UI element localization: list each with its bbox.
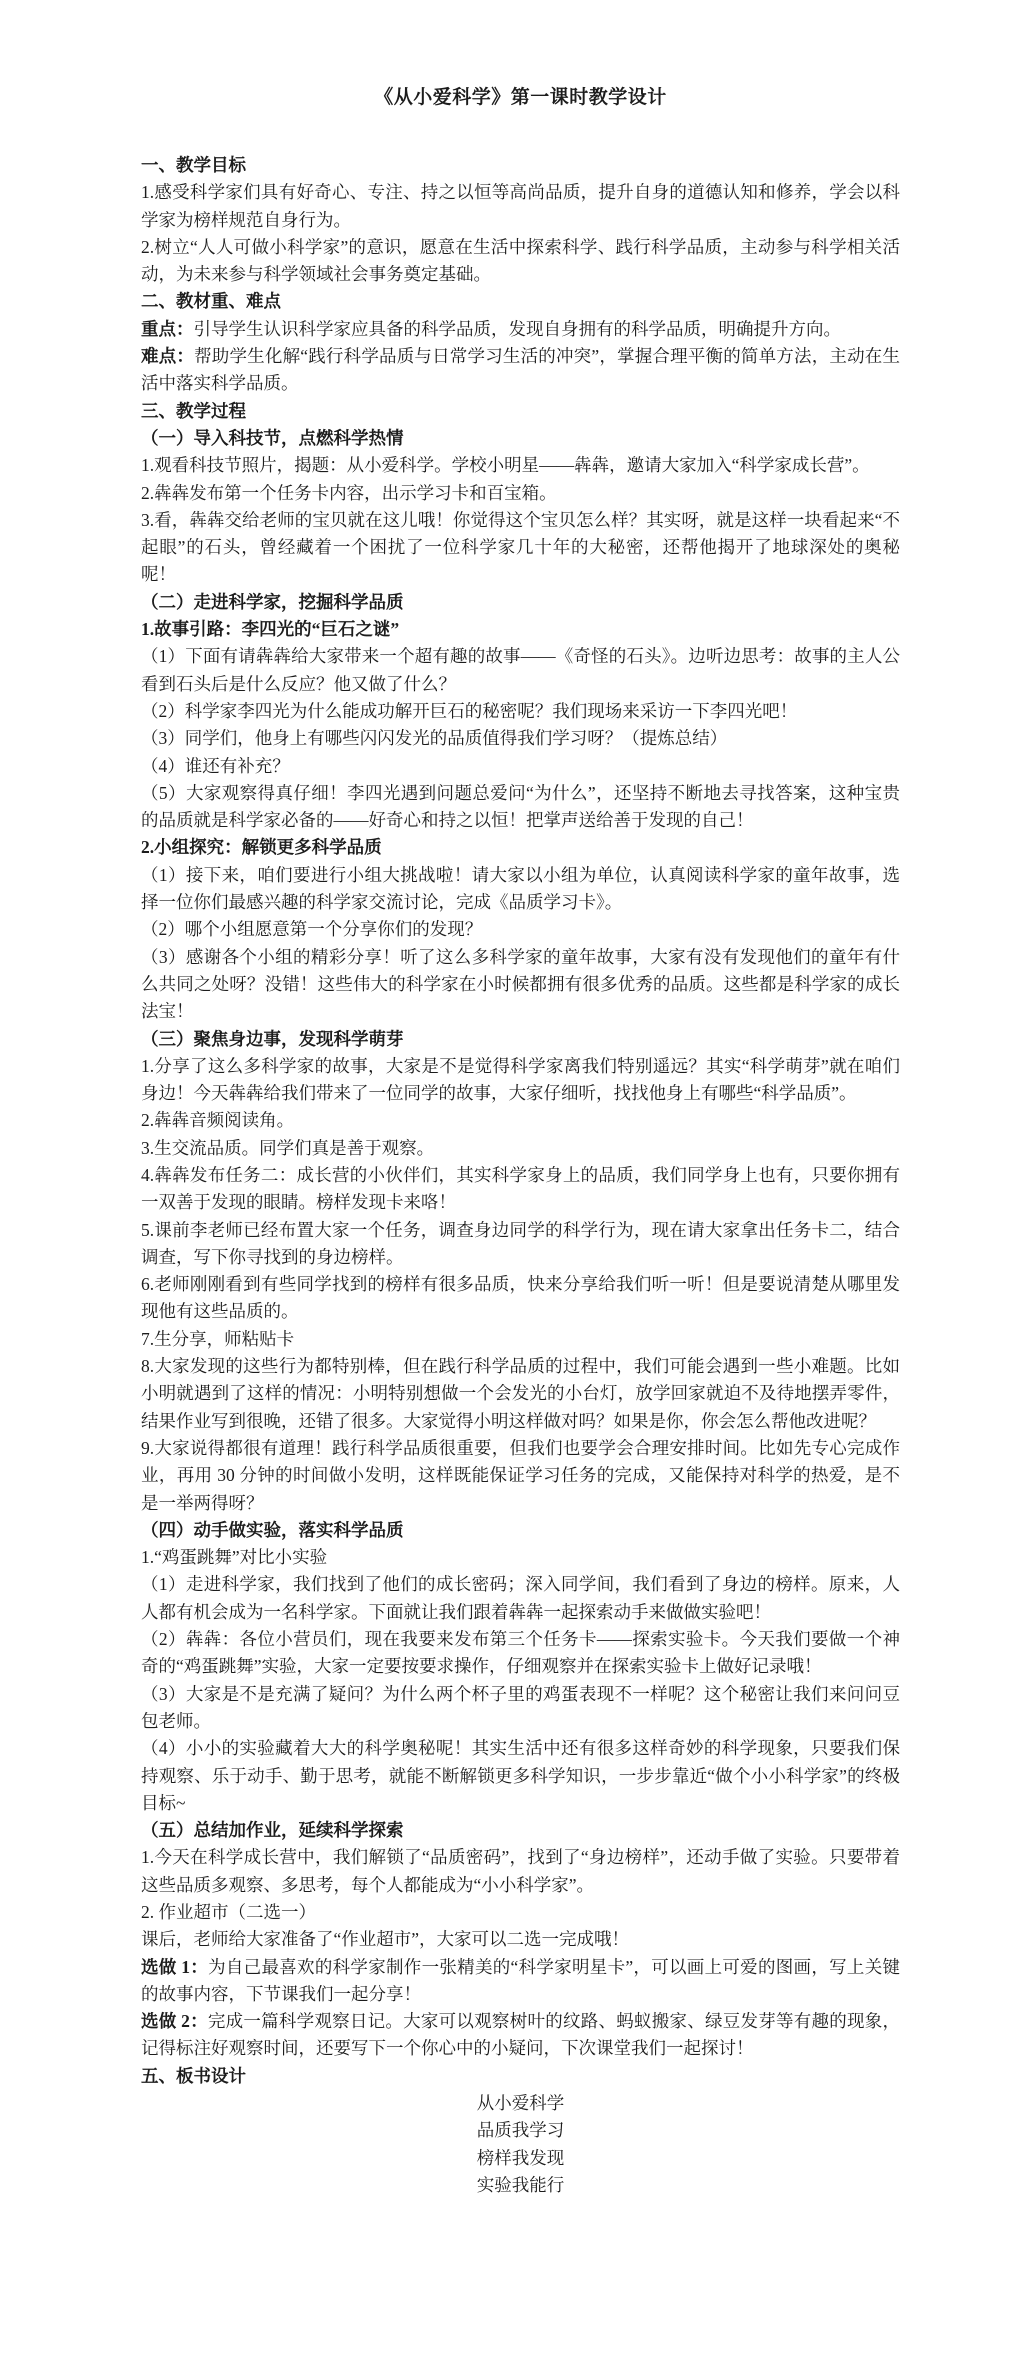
paragraph: 2.犇犇音频阅读角。 [141,1107,900,1134]
board-line: 实验我能行 [141,2172,900,2199]
paragraph: （3）感谢各个小组的精彩分享！听了这么多科学家的童年故事，大家有没有发现他们的童… [141,944,900,1026]
paragraph: （3）同学们，他身上有哪些闪闪发光的品质值得我们学习呀？（提炼总结） [141,725,900,752]
paragraph: 4.犇犇发布任务二：成长营的小伙伴们，其实科学家身上的品质，我们同学身上也有，只… [141,1162,900,1217]
paragraph: 8.大家发现的这些行为都特别棒，但在践行科学品质的过程中，我们可能会遇到一些小难… [141,1353,900,1435]
paragraph: 3.生交流品质。同学们真是善于观察。 [141,1135,900,1162]
paragraph: 3.看，犇犇交给老师的宝贝就在这儿哦！你觉得这个宝贝怎么样？其实呀，就是这样一块… [141,507,900,589]
section-heading: （五）总结加作业，延续科学探索 [141,1817,900,1844]
paragraph: 2.犇犇发布第一个任务卡内容，出示学习卡和百宝箱。 [141,480,900,507]
paragraph: 5.课前李老师已经布置大家一个任务，调查身边同学的科学行为，现在请大家拿出任务卡… [141,1217,900,1272]
paragraph-label: 难点： [141,346,194,366]
labeled-paragraph: 难点：帮助学生化解“践行科学品质与日常学习生活的冲突”，掌握合理平衡的简单方法，… [141,343,900,398]
paragraph: （2）哪个小组愿意第一个分享你们的发现？ [141,916,900,943]
section-heading: 2.小组探究：解锁更多科学品质 [141,834,900,861]
document-content: 《从小爱科学》第一课时教学设计 一、教学目标1.感受科学家们具有好奇心、专注、持… [0,0,1024,2199]
section-heading: （一）导入科技节，点燃科学热情 [141,425,900,452]
paragraph: 6.老师刚刚看到有些同学找到的榜样有很多品质，快来分享给我们听一听！但是要说清楚… [141,1271,900,1326]
paragraph: 1.今天在科学成长营中，我们解锁了“品质密码”，找到了“身边榜样”，还动手做了实… [141,1844,900,1899]
paragraph: （2）犇犇：各位小营员们，现在我要来发布第三个任务卡——探索实验卡。今天我们要做… [141,1626,900,1681]
paragraph-label: 重点： [141,319,194,339]
paragraph-label: 选做 2： [141,2011,208,2031]
paragraph: 1.分享了这么多科学家的故事，大家是不是觉得科学家离我们特别遥远？其实“科学萌芽… [141,1053,900,1108]
paragraph: （4）谁还有补充？ [141,753,900,780]
labeled-paragraph: 选做 1：为自己最喜欢的科学家制作一张精美的“科学家明星卡”，可以画上可爱的图画… [141,1954,900,2009]
labeled-paragraph: 选做 2：完成一篇科学观察日记。大家可以观察树叶的纹路、蚂蚁搬家、绿豆发芽等有趣… [141,2008,900,2063]
section-heading: （四）动手做实验，落实科学品质 [141,1517,900,1544]
paragraph: （5）大家观察得真仔细！李四光遇到问题总爱问“为什么”，还坚持不断地去寻找答案，… [141,780,900,835]
section-heading: 三、教学过程 [141,398,900,425]
paragraph: （1）接下来，咱们要进行小组大挑战啦！请大家以小组为单位，认真阅读科学家的童年故… [141,862,900,917]
document-title: 《从小爱科学》第一课时教学设计 [141,84,900,111]
paragraph: （1）下面有请犇犇给大家带来一个超有趣的故事——《奇怪的石头》。边听边思考：故事… [141,643,900,698]
board-line: 榜样我发现 [141,2145,900,2172]
paragraph: 课后，老师给大家准备了“作业超市”，大家可以二选一完成哦！ [141,1926,900,1953]
paragraph: （4）小小的实验藏着大大的科学奥秘呢！其实生活中还有很多这样奇妙的科学现象，只要… [141,1735,900,1817]
paragraph: （2）科学家李四光为什么能成功解开巨石的秘密呢？我们现场来采访一下李四光吧！ [141,698,900,725]
section-heading: 1.故事引路：李四光的“巨石之谜” [141,616,900,643]
paragraph: 1.“鸡蛋跳舞”对比小实验 [141,1544,900,1571]
section-heading: 一、教学目标 [141,152,900,179]
paragraph: 2.树立“人人可做小科学家”的意识，愿意在生活中探索科学、践行科学品质，主动参与… [141,234,900,289]
board-line: 从小爱科学 [141,2090,900,2117]
document-body: 一、教学目标1.感受科学家们具有好奇心、专注、持之以恒等高尚品质，提升自身的道德… [141,152,900,2199]
paragraph: 9.大家说得都很有道理！践行科学品质很重要，但我们也要学会合理安排时间。比如先专… [141,1435,900,1517]
labeled-paragraph: 重点：引导学生认识科学家应具备的科学品质，发现自身拥有的科学品质，明确提升方向。 [141,316,900,343]
board-line: 品质我学习 [141,2117,900,2144]
paragraph: 1.感受科学家们具有好奇心、专注、持之以恒等高尚品质，提升自身的道德认知和修养，… [141,179,900,234]
paragraph: 1.观看科技节照片，揭题：从小爱科学。学校小明星——犇犇，邀请大家加入“科学家成… [141,452,900,479]
section-heading: （三）聚焦身边事，发现科学萌芽 [141,1026,900,1053]
section-heading: （二）走进科学家，挖掘科学品质 [141,589,900,616]
paragraph: （3）大家是不是充满了疑问？为什么两个杯子里的鸡蛋表现不一样呢？这个秘密让我们来… [141,1681,900,1736]
section-heading: 五、板书设计 [141,2063,900,2090]
paragraph: 2. 作业超市（二选一） [141,1899,900,1926]
section-heading: 二、教材重、难点 [141,288,900,315]
paragraph-label: 选做 1： [141,1957,208,1977]
paragraph: （1）走进科学家，我们找到了他们的成长密码；深入同学间，我们看到了身边的榜样。原… [141,1571,900,1626]
document-page: 《从小爱科学》第一课时教学设计 一、教学目标1.感受科学家们具有好奇心、专注、持… [0,0,1024,2363]
paragraph: 7.生分享，师粘贴卡 [141,1326,900,1353]
